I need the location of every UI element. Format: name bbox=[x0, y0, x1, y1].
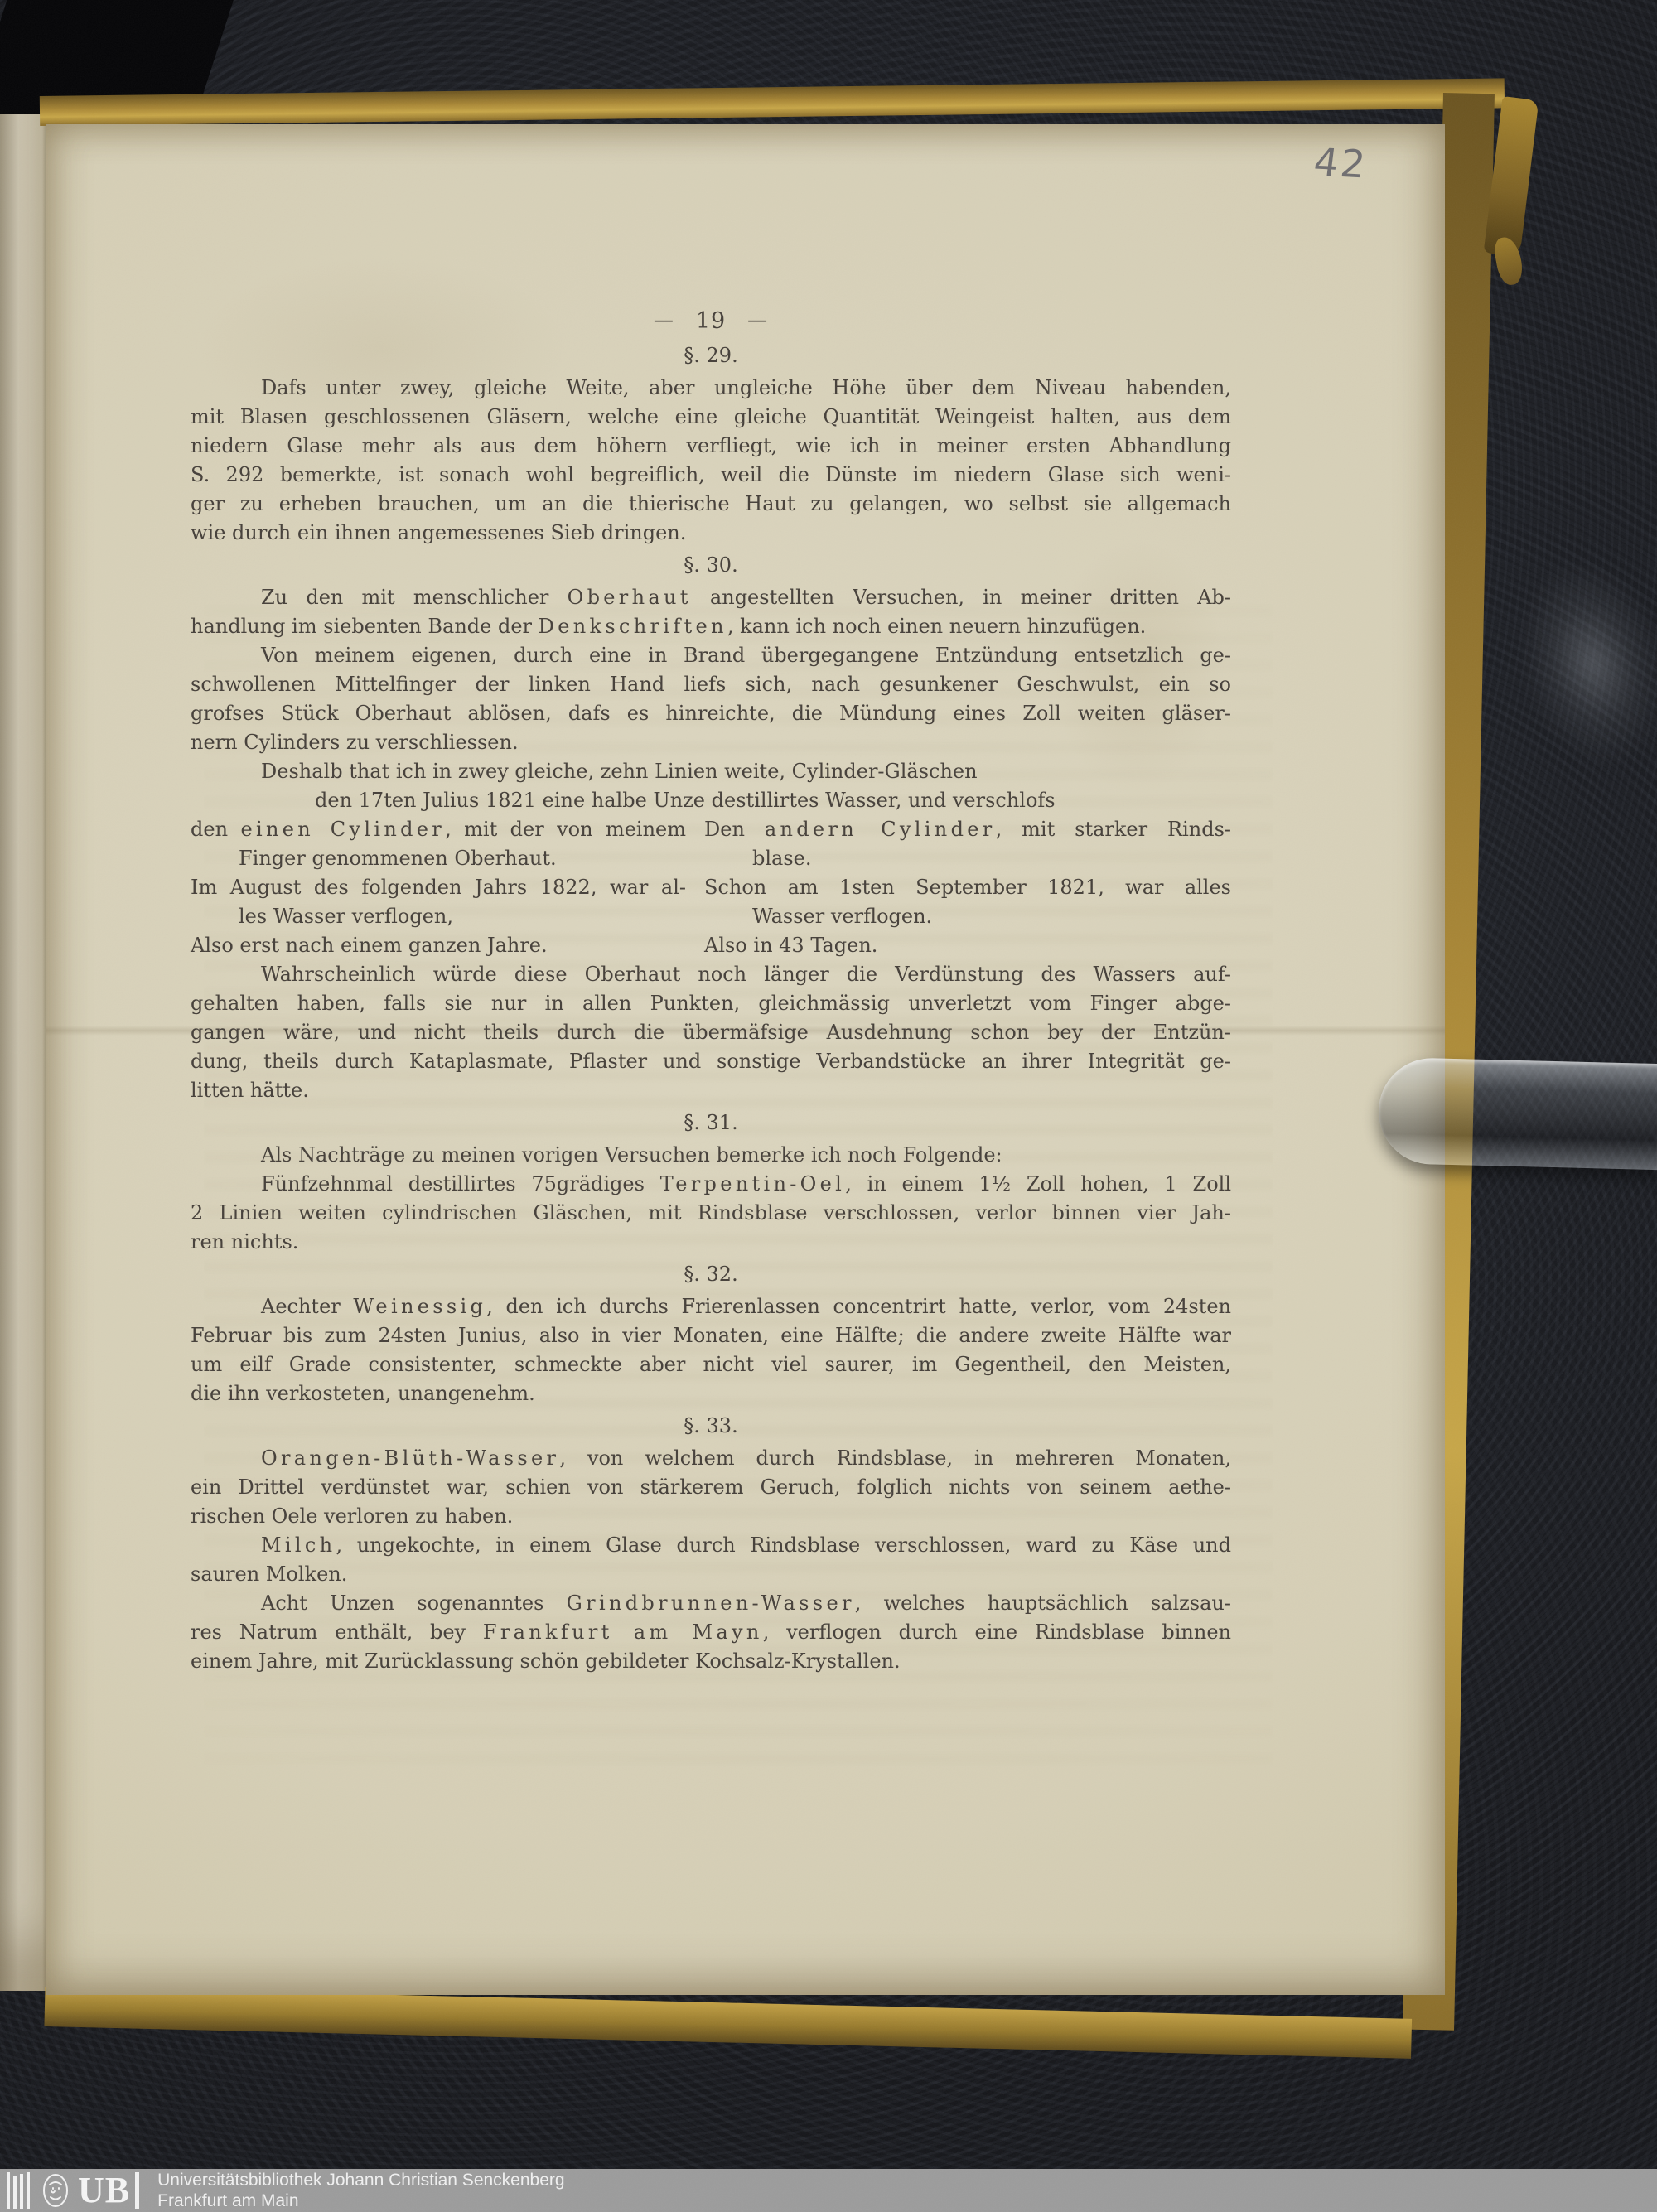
text-line: schwollenen Mittelfinger der linken Hand… bbox=[191, 670, 1231, 699]
text-line: mit Blasen geschlossenen Gläsern, welche… bbox=[191, 403, 1231, 432]
text-segment: S. 292 bemerkte, ist sonach wohl begreif… bbox=[191, 463, 1231, 486]
text-line: Wahrscheinlich würde diese Oberhaut noch… bbox=[191, 960, 1231, 989]
library-logo: UB bbox=[7, 2171, 139, 2210]
text-line: die ihn verkosteten, unangenehm. bbox=[191, 1379, 1231, 1408]
glare-highlight bbox=[1500, 546, 1657, 781]
paragraph: Von meinem eigenen, durch eine in Brand … bbox=[191, 641, 1231, 757]
text-segment: nern Cylinders zu verschliessen. bbox=[191, 731, 519, 754]
book-page: —19— §. 29.Dafs unter zwey, gleiche Weit… bbox=[46, 124, 1445, 1995]
paragraph: Dafs unter zwey, gleiche Weite, aber ung… bbox=[191, 374, 1231, 548]
text-line: Von meinem eigenen, durch eine in Brand … bbox=[191, 641, 1231, 670]
left-column: den einen Cylinder, mit der von meinemFi… bbox=[191, 815, 686, 960]
text-line: Schon am 1sten September 1821, war alles bbox=[704, 873, 1231, 902]
text-line: nern Cylinders zu verschliessen. bbox=[191, 728, 1231, 757]
gilded-edge-bottom bbox=[44, 1987, 1412, 2059]
emphasized-term: Milch bbox=[261, 1533, 336, 1557]
text-segment: , verflogen durch eine Rindsblase binnen bbox=[763, 1620, 1231, 1644]
text-sections: §. 29.Dafs unter zwey, gleiche Weite, ab… bbox=[191, 341, 1231, 1676]
text-segment: ren nichts. bbox=[191, 1230, 298, 1253]
paragraph: Zu den mit menschlicher Oberhaut angeste… bbox=[191, 583, 1231, 641]
text-segment: res Natrum enthält, bey bbox=[191, 1620, 483, 1644]
text-line: les Wasser verflogen, bbox=[191, 902, 686, 931]
text-segment: Von meinem eigenen, durch eine in Brand … bbox=[261, 644, 1231, 667]
text-segment: , kann ich noch einen neuern hinzufügen. bbox=[727, 615, 1146, 638]
text-line: Also erst nach einem ganzen Jahre. bbox=[191, 931, 686, 960]
text-segment: Im August des folgenden Jahrs 1822, war … bbox=[191, 876, 686, 899]
text-segment: Wasser verflogen. bbox=[752, 905, 932, 928]
paragraph: Als Nachträge zu meinen vorigen Versuche… bbox=[191, 1141, 1231, 1170]
text-segment: Als Nachträge zu meinen vorigen Versuche… bbox=[261, 1143, 1002, 1166]
text-segment: litten hätte. bbox=[191, 1079, 309, 1102]
text-segment: sauren Molken. bbox=[191, 1562, 347, 1586]
right-column: Den andern Cylinder, mit starker Rinds-b… bbox=[704, 815, 1231, 960]
text-line: ein Drittel verdünstet war, schien von s… bbox=[191, 1473, 1231, 1502]
text-segment: gehalten haben, falls sie nur in allen P… bbox=[191, 992, 1231, 1015]
page-block-fore-edge bbox=[0, 114, 48, 1991]
text-line: Dafs unter zwey, gleiche Weite, aber ung… bbox=[191, 374, 1231, 403]
text-segment: Acht Unzen sogenanntes bbox=[261, 1591, 567, 1615]
paragraph: Aechter Weinessig, den ich durchs Friere… bbox=[191, 1292, 1231, 1408]
text-line: Finger genommenen Oberhaut. bbox=[191, 844, 686, 873]
text-segment: Schon am 1sten September 1821, war alles bbox=[704, 876, 1231, 899]
text-segment: gangen wäre, und nicht theils durch die … bbox=[191, 1021, 1231, 1044]
page-holder-strip bbox=[1377, 1057, 1657, 1170]
section: §. 31.Als Nachträge zu meinen vorigen Ve… bbox=[191, 1108, 1231, 1257]
text-line: Aechter Weinessig, den ich durchs Friere… bbox=[191, 1292, 1231, 1321]
text-segment: niedern Glase mehr als aus dem höhern ve… bbox=[191, 434, 1231, 457]
text-line: litten hätte. bbox=[191, 1076, 1231, 1105]
text-line: rischen Oele verloren zu haben. bbox=[191, 1502, 1231, 1531]
text-line: Also in 43 Tagen. bbox=[704, 931, 1231, 960]
page-number-dash: — bbox=[654, 308, 674, 331]
gilded-edge-top bbox=[40, 78, 1505, 126]
text-segment: schwollenen Mittelfinger der linken Hand… bbox=[191, 673, 1231, 696]
book-spines-icon bbox=[7, 2172, 33, 2209]
library-name: Universitätsbibliothek Johann Christian … bbox=[157, 2170, 564, 2211]
text-segment: handlung im siebenten Bande der bbox=[191, 615, 539, 638]
text-segment: mit Blasen geschlossenen Gläsern, welche… bbox=[191, 405, 1231, 428]
text-segment: Deshalb that ich in zwey gleiche, zehn L… bbox=[261, 760, 978, 783]
logo-divider bbox=[135, 2172, 139, 2209]
text-segment: einem Jahre, mit Zurücklassung schön geb… bbox=[191, 1649, 901, 1673]
text-segment: rischen Oele verloren zu haben. bbox=[191, 1504, 513, 1528]
text-segment: Finger genommenen Oberhaut. bbox=[239, 847, 557, 870]
text-segment: Wahrscheinlich würde diese Oberhaut noch… bbox=[261, 963, 1231, 986]
text-segment: , den ich durchs Frierenlassen concentri… bbox=[486, 1295, 1231, 1318]
text-segment: 2 Linien weiten cylindrischen Gläschen, … bbox=[191, 1201, 1231, 1224]
text-segment: , mit starker Rinds- bbox=[996, 818, 1231, 841]
text-line: Zu den mit menschlicher Oberhaut angeste… bbox=[191, 583, 1231, 612]
page-text: —19— §. 29.Dafs unter zwey, gleiche Weit… bbox=[191, 307, 1231, 1676]
text-segment: Aechter bbox=[261, 1295, 353, 1318]
text-line: 2 Linien weiten cylindrischen Gläschen, … bbox=[191, 1199, 1231, 1228]
emphasized-term: Terpentin-Oel bbox=[660, 1172, 845, 1195]
text-line: ger zu erheben brauchen, um an die thier… bbox=[191, 490, 1231, 519]
section-heading: §. 29. bbox=[191, 341, 1231, 370]
portrait-icon bbox=[36, 2171, 75, 2210]
text-line: den einen Cylinder, mit der von meinem bbox=[191, 815, 686, 844]
text-line: niedern Glase mehr als aus dem höhern ve… bbox=[191, 432, 1231, 461]
text-segment: Den bbox=[704, 818, 765, 841]
text-line: Februar bis zum 24sten Junius, also in v… bbox=[191, 1321, 1231, 1350]
section-heading: §. 31. bbox=[191, 1108, 1231, 1137]
section-heading: §. 32. bbox=[191, 1260, 1231, 1289]
page-number: —19— bbox=[191, 307, 1231, 338]
page-number-value: 19 bbox=[696, 308, 726, 334]
text-line: gangen wäre, und nicht theils durch die … bbox=[191, 1018, 1231, 1047]
text-line: Wasser verflogen. bbox=[704, 902, 1231, 931]
text-line: S. 292 bemerkte, ist sonach wohl begreif… bbox=[191, 461, 1231, 490]
paragraph: Acht Unzen sogenanntes Grindbrunnen-Wass… bbox=[191, 1589, 1231, 1676]
text-segment: Dafs unter zwey, gleiche Weite, aber ung… bbox=[261, 376, 1231, 399]
emphasized-term: Weinessig bbox=[353, 1295, 486, 1318]
folio-pencil-number: 42 bbox=[1312, 139, 1370, 186]
section: §. 30.Zu den mit menschlicher Oberhaut a… bbox=[191, 551, 1231, 1105]
text-line: blase. bbox=[704, 844, 1231, 873]
text-line: wie durch ein ihnen angemessenes Sieb dr… bbox=[191, 519, 1231, 548]
emphasized-term: Grindbrunnen-Wasser bbox=[567, 1591, 855, 1615]
comparison-columns: den einen Cylinder, mit der von meinemFi… bbox=[191, 815, 1231, 960]
text-line: Deshalb that ich in zwey gleiche, zehn L… bbox=[191, 757, 1231, 786]
text-line: um eilf Grade consistenter, schmeckte ab… bbox=[191, 1350, 1231, 1379]
text-segment: Februar bis zum 24sten Junius, also in v… bbox=[191, 1324, 1231, 1347]
paragraph: Wahrscheinlich würde diese Oberhaut noch… bbox=[191, 960, 1231, 1105]
text-line: gehalten haben, falls sie nur in allen P… bbox=[191, 989, 1231, 1018]
library-name-line2: Frankfurt am Main bbox=[157, 2190, 564, 2211]
ub-logo-text: UB bbox=[78, 2172, 130, 2209]
emphasized-term: Orangen-Blüth-Wasser bbox=[261, 1446, 559, 1470]
text-line: Orangen-Blüth-Wasser, von welchem durch … bbox=[191, 1444, 1231, 1473]
text-segment: dung, theils durch Kataplasmate, Pflaste… bbox=[191, 1050, 1231, 1073]
paragraph: Orangen-Blüth-Wasser, von welchem durch … bbox=[191, 1444, 1231, 1531]
text-segment: Fünfzehnmal destillirtes 75grädiges bbox=[261, 1172, 660, 1195]
text-line: Acht Unzen sogenanntes Grindbrunnen-Wass… bbox=[191, 1589, 1231, 1618]
text-segment: , in einem 1½ Zoll hohen, 1 Zoll bbox=[845, 1172, 1231, 1195]
emphasized-term: einen Cylinder bbox=[240, 818, 445, 841]
text-segment: blase. bbox=[752, 847, 812, 870]
section-heading: §. 30. bbox=[191, 551, 1231, 580]
text-segment: , ungekochte, in einem Glase durch Rinds… bbox=[336, 1533, 1231, 1557]
text-line: sauren Molken. bbox=[191, 1560, 1231, 1589]
text-segment: ger zu erheben brauchen, um an die thier… bbox=[191, 492, 1231, 515]
emphasized-term: andern Cylinder bbox=[765, 818, 996, 841]
text-line: Als Nachträge zu meinen vorigen Versuche… bbox=[191, 1141, 1231, 1170]
library-name-line1: Universitätsbibliothek Johann Christian … bbox=[157, 2170, 564, 2190]
text-line: einem Jahre, mit Zurücklassung schön geb… bbox=[191, 1647, 1231, 1676]
library-footer-bar: UB Universitätsbibliothek Johann Christi… bbox=[0, 2169, 1657, 2212]
text-segment: den bbox=[191, 818, 240, 841]
text-segment: les Wasser verflogen, bbox=[239, 905, 453, 928]
book-scan-photo: —19— §. 29.Dafs unter zwey, gleiche Weit… bbox=[0, 0, 1657, 2212]
text-line: den 17ten Julius 1821 eine halbe Unze de… bbox=[191, 786, 1231, 815]
text-line: Im August des folgenden Jahrs 1822, war … bbox=[191, 873, 686, 902]
paragraph: Fünfzehnmal destillirtes 75grädiges Terp… bbox=[191, 1170, 1231, 1257]
text-line: grofses Stück Oberhaut ablösen, dafs es … bbox=[191, 699, 1231, 728]
section-heading: §. 33. bbox=[191, 1412, 1231, 1441]
text-line: Fünfzehnmal destillirtes 75grädiges Terp… bbox=[191, 1170, 1231, 1199]
text-segment: um eilf Grade consistenter, schmeckte ab… bbox=[191, 1353, 1231, 1376]
text-line: res Natrum enthält, bey Frankfurt am May… bbox=[191, 1618, 1231, 1647]
emphasized-term: Frankfurt am Mayn bbox=[483, 1620, 763, 1644]
text-line: Den andern Cylinder, mit starker Rinds- bbox=[704, 815, 1231, 844]
text-line: handlung im siebenten Bande der Denkschr… bbox=[191, 612, 1231, 641]
text-line: Milch, ungekochte, in einem Glase durch … bbox=[191, 1531, 1231, 1560]
page-number-dash: — bbox=[747, 308, 768, 331]
section: §. 29.Dafs unter zwey, gleiche Weite, ab… bbox=[191, 341, 1231, 548]
section: §. 32.Aechter Weinessig, den ich durchs … bbox=[191, 1260, 1231, 1408]
text-segment: ein Drittel verdünstet war, schien von s… bbox=[191, 1475, 1231, 1499]
text-segment: die ihn verkosteten, unangenehm. bbox=[191, 1382, 535, 1405]
paragraph: Milch, ungekochte, in einem Glase durch … bbox=[191, 1531, 1231, 1589]
text-segment: Zu den mit menschlicher bbox=[261, 586, 568, 609]
section: §. 33.Orangen-Blüth-Wasser, von welchem … bbox=[191, 1412, 1231, 1676]
text-segment: , welches hauptsächlich salzsau- bbox=[855, 1591, 1231, 1615]
text-segment: den 17ten Julius 1821 eine halbe Unze de… bbox=[315, 789, 1056, 812]
text-segment: wie durch ein ihnen angemessenes Sieb dr… bbox=[191, 521, 686, 544]
text-segment: Also in 43 Tagen. bbox=[704, 934, 877, 957]
text-segment: grofses Stück Oberhaut ablösen, dafs es … bbox=[191, 702, 1231, 725]
text-segment: , mit der von meinem bbox=[445, 818, 686, 841]
emphasized-term: Denkschriften bbox=[539, 615, 727, 638]
text-segment: Also erst nach einem ganzen Jahre. bbox=[191, 934, 548, 957]
text-segment: , von welchem durch Rindsblase, in mehre… bbox=[559, 1446, 1231, 1470]
emphasized-term: Oberhaut bbox=[568, 586, 692, 609]
text-line: ren nichts. bbox=[191, 1228, 1231, 1257]
text-line: dung, theils durch Kataplasmate, Pflaste… bbox=[191, 1047, 1231, 1076]
text-segment: angestellten Versuchen, in meiner dritte… bbox=[692, 586, 1231, 609]
paragraph: Deshalb that ich in zwey gleiche, zehn L… bbox=[191, 757, 1231, 815]
